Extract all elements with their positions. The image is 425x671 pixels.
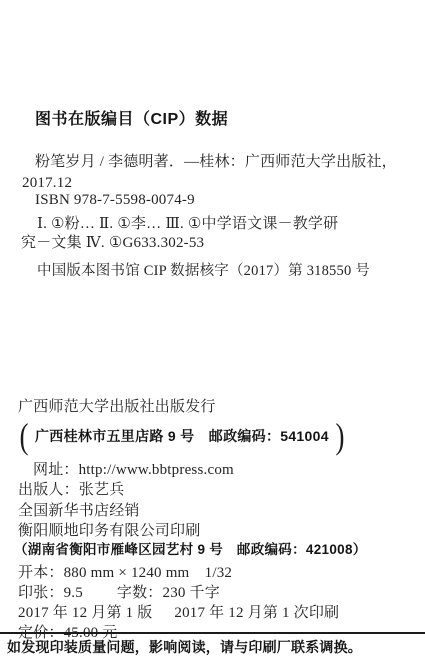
cip-record-number: 中国版本图书馆 CIP 数据核字（2017）第 318550 号 [37, 262, 370, 280]
book-title-line: 粉笔岁月 / 李德明著．—桂林：广西师范大学出版社， [35, 153, 397, 172]
publisher-address: ( 广西桂林市五里店路 9 号 邮政编码：541004 ) [18, 420, 346, 452]
website-line: 网址：http://www.bbtpress.com [33, 461, 234, 480]
divider-rule [0, 632, 425, 634]
edition-value: 2017 年 12 月第 1 版 [18, 605, 152, 621]
printing-run-value: 2017 年 12 月第 1 次印刷 [174, 604, 339, 623]
distribution-line: 全国新华书店经销 [18, 502, 140, 521]
close-paren-glyph: ) [335, 420, 344, 452]
sheets-value: 印张：9.5 [18, 585, 83, 601]
edition-row: 2017 年 12 月第 1 版 2017 年 12 月第 1 次印刷 [18, 604, 339, 623]
publisher-person-line: 出版人：张艺兵 [18, 481, 124, 500]
printer-line: 衡阳顺地印务有限公司印刷 [18, 522, 200, 541]
printer-address: （湖南省衡阳市雁峰区园艺村 9 号 邮政编码：421008） [14, 542, 367, 559]
publisher-line: 广西师范大学出版社出版发行 [18, 398, 216, 417]
publisher-address-text: 广西桂林市五里店路 9 号 邮政编码：541004 [35, 426, 329, 446]
open-paren-glyph: ( [20, 420, 29, 452]
publication-year: 2017.12 [22, 174, 72, 193]
cip-header: 图书在版编目（CIP）数据 [35, 110, 228, 130]
word-count-value: 字数：230 千字 [117, 584, 220, 603]
sheets-row: 印张：9.5 字数：230 千字 [18, 584, 220, 603]
copyright-page: 图书在版编目（CIP）数据 粉笔岁月 / 李德明著．—桂林：广西师范大学出版社，… [0, 0, 425, 671]
classification-line-2: 究－文集 Ⅳ. ①G633.302-53 [21, 234, 204, 253]
quality-note: 如发现印装质量问题，影响阅读，请与印刷厂联系调换。 [7, 639, 362, 657]
isbn-line: ISBN 978-7-5598-0074-9 [35, 191, 195, 210]
classification-line-1: Ⅰ. ①粉… Ⅱ. ①李… Ⅲ. ①中学语文课－教学研 [37, 215, 338, 234]
format-line: 开本：880 mm × 1240 mm 1/32 [18, 564, 232, 583]
